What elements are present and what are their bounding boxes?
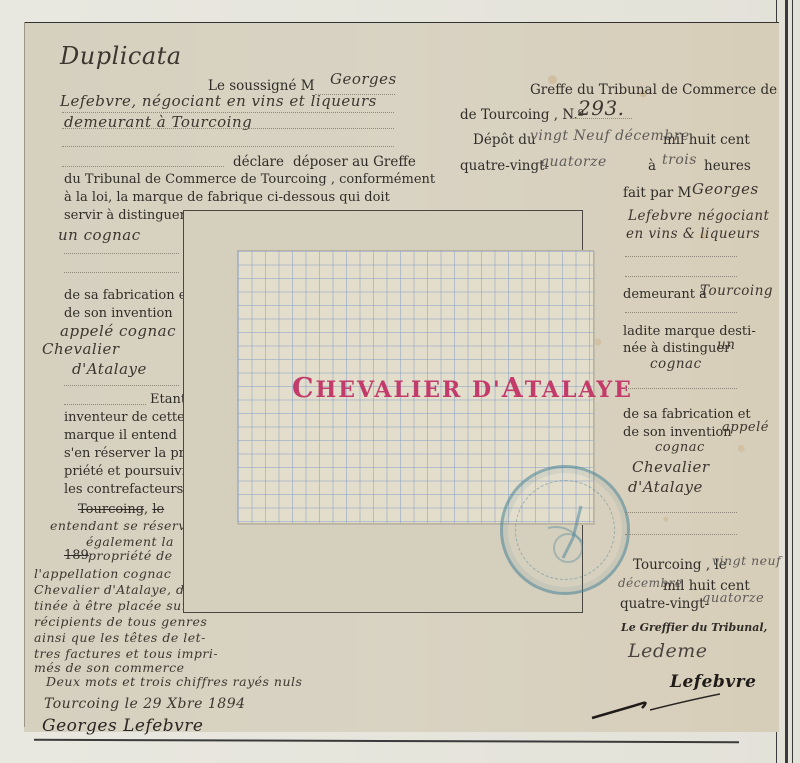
addendum-2: également la (86, 534, 174, 549)
addendum-3: propriété de (88, 548, 173, 563)
product-handwritten: un cognac (58, 226, 141, 244)
quatre-vingt-2: quatre-vingt- (620, 596, 709, 612)
fill-line (62, 128, 394, 129)
registration-number: 293. (578, 96, 625, 120)
addendum-12: Tourcoing le 29 Xbre 1894 (44, 696, 246, 712)
etant-text: Etant (150, 392, 186, 407)
depot-label: Dépôt du (473, 132, 536, 148)
ladite-line-1: ladite marque desti- (623, 324, 756, 339)
fill-line (64, 253, 179, 254)
ladite-hand-2: cognac (650, 356, 702, 372)
fill-line (64, 385, 179, 386)
struck-place: Tourcoing, le (78, 502, 164, 517)
hour-handwritten: trois (662, 152, 697, 168)
greffier-label: Le Greffier du Tribunal, (621, 621, 767, 634)
trademark-stamp: CHEVALIER D'ATALAYE (292, 373, 633, 404)
invention-hand-2: Chevalier (42, 340, 120, 358)
fait-par-hand-1: Georges (692, 180, 759, 198)
inventeur-line-2: marque il entend (64, 428, 177, 443)
stamp-text-1: HEVALIER D' (316, 377, 502, 403)
right-invention-hand-3: Chevalier (632, 458, 710, 476)
inventeur-line-1: inventeur de cette (64, 410, 185, 425)
duplicata-note: Duplicata (60, 42, 182, 70)
struck-year: 189 (64, 548, 89, 563)
demeurant-hand: Tourcoing (700, 283, 773, 299)
tribunal-line: du Tribunal de Commerce de Tourcoing , c… (64, 172, 435, 187)
paper-edge (24, 22, 25, 727)
frame-line (792, 0, 793, 763)
ladite-hand-1: un (717, 337, 735, 353)
fill-line (625, 312, 737, 313)
frame-line (785, 0, 788, 763)
seal-emblem-icon (503, 468, 633, 598)
fill-line (625, 388, 737, 389)
fill-line (625, 512, 737, 513)
a-label: à (648, 158, 656, 174)
right-invention-hand-2: cognac (655, 440, 705, 455)
greffe-line: Greffe du Tribunal de Commerce de (530, 82, 777, 98)
struck-tourcoing: Tourcoing (78, 502, 144, 517)
fill-line (62, 146, 394, 147)
addendum-10: més de son commerce (34, 660, 184, 675)
right-invention-hand-4: d'Atalaye (628, 478, 703, 496)
declare-text: déclare (233, 154, 284, 170)
declarant-line-2: Lefebvre, négociant en vins et liqueurs (60, 92, 377, 110)
stamp-initial: C (292, 373, 316, 404)
date-hand-1: vingt neuf (712, 553, 781, 568)
signature-left: Georges Lefebvre (42, 716, 203, 736)
year-handwritten: quatorze (540, 154, 607, 170)
signature-right: Lefebvre (670, 672, 756, 692)
addendum-4: l'appellation cognac (34, 566, 171, 581)
greffier-signature: Ledeme (628, 640, 708, 662)
mil-huit-cent: mil huit cent (663, 132, 750, 148)
addendum-11: Deux mots et trois chiffres rayés nuls (46, 674, 302, 689)
year-hand-2: quatorze (702, 591, 764, 606)
fill-line (62, 166, 224, 167)
fill-line (64, 272, 179, 273)
quatre-vingt: quatre-vingt- (460, 158, 549, 174)
invention-hand-3: d'Atalaye (72, 360, 147, 378)
tourcoing-number-label: de Tourcoing , N.º (460, 107, 584, 123)
tribunal-seal (500, 465, 630, 595)
fill-line (570, 118, 632, 119)
inventeur-line-4: priété et poursuivre (64, 464, 196, 479)
inventeur-line-3: s'en réserver la pro- (64, 446, 197, 461)
addendum-8: ainsi que les têtes de let- (34, 630, 206, 645)
fabrication-text: de sa fabrication et (64, 288, 192, 303)
fait-par-label: fait par M (623, 185, 691, 201)
ladite-line-2: née à distinguer (623, 341, 730, 356)
right-invention-hand-1: appelé (722, 420, 769, 435)
fait-par-hand-2: Lefebvre négociant (628, 208, 769, 224)
right-invention: de son invention (623, 425, 732, 440)
inventeur-line-5: les contrefacteurs. (64, 482, 187, 497)
stamp-initial-a: A (502, 373, 525, 404)
addendum-5: Chevalier d'Atalaye, des- (34, 582, 204, 597)
declarant-name: Georges (330, 70, 397, 88)
invention-hand-1: appelé cognac (60, 322, 176, 340)
addendum-9: tres factures et tous impri- (34, 646, 218, 661)
servir-line: servir à distinguer (64, 208, 186, 223)
deposit-text: déposer au Greffe (293, 154, 416, 170)
fill-line (64, 404, 146, 405)
fait-par-hand-3: en vins & liqueurs (626, 226, 760, 242)
fill-line (625, 534, 737, 535)
stamp-text-2: TALAYE (525, 377, 633, 403)
signature-flourish-icon (580, 690, 720, 730)
addendum-1: entendant se réserver (50, 518, 200, 533)
fill-line (625, 276, 737, 277)
addendum-7: récipients de tous genres (34, 614, 207, 629)
demeurant-label: demeurant à (623, 287, 707, 302)
loi-line: à la loi, la marque de fabrique ci-desso… (64, 190, 390, 205)
struck-le: le (152, 502, 164, 517)
fill-line (625, 256, 737, 257)
invention-text: de son invention (64, 306, 173, 321)
heures-label: heures (704, 158, 751, 174)
